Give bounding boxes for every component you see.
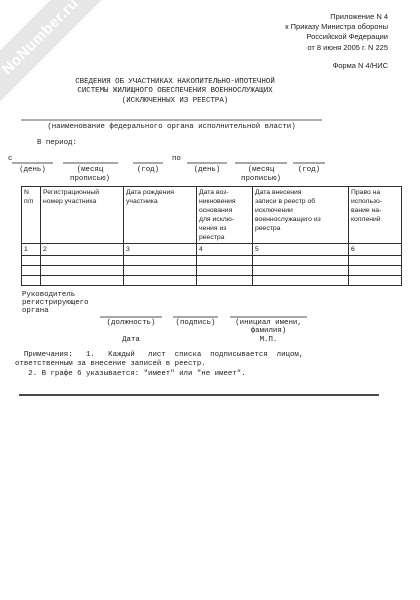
to-month-label: (месяц прописью)	[226, 166, 296, 183]
from-year-label: (год)	[133, 166, 163, 175]
from-day-blank	[12, 162, 53, 164]
numbering-cell: 2	[41, 244, 124, 256]
form-number: Форма N 4/НИС	[333, 61, 388, 70]
numbering-cell: 6	[349, 244, 402, 256]
position-blank	[100, 316, 162, 318]
table-row	[22, 256, 402, 266]
header-cell-reg-number: Регистрационный номер участника	[41, 187, 124, 244]
to-month-blank	[235, 162, 287, 164]
org-name-blank-line	[21, 119, 322, 121]
empty-cell	[22, 276, 41, 286]
empty-cell	[22, 266, 41, 276]
empty-cell	[253, 276, 349, 286]
empty-cell	[41, 266, 124, 276]
to-year-label: (год)	[293, 166, 325, 175]
empty-cell	[253, 256, 349, 266]
period-to-prefix: по	[172, 155, 181, 163]
column-numbering-row: 1 2 3 4 5 6	[22, 244, 402, 256]
empty-cell	[124, 256, 197, 266]
from-month-label: (месяц прописью)	[55, 166, 125, 183]
date-label: Дата	[100, 336, 162, 344]
numbering-cell: 1	[22, 244, 41, 256]
to-day-label: (день)	[187, 166, 227, 175]
signature-blank	[173, 316, 218, 318]
empty-cell	[349, 276, 402, 286]
notes-block: Примечания: 1. Каждый лист списка подпис…	[15, 351, 303, 379]
table-header-row: N п/п Регистрационный номер участника Да…	[22, 187, 402, 244]
document-title: СВЕДЕНИЯ ОБ УЧАСТНИКАХ НАКОПИТЕЛЬНО-ИПОТ…	[25, 78, 325, 106]
header-cell-npp: N п/п	[22, 187, 41, 244]
participants-table: N п/п Регистрационный номер участника Да…	[21, 186, 402, 286]
empty-cell	[253, 266, 349, 276]
to-day-blank	[187, 162, 227, 164]
bottom-divider	[19, 394, 379, 396]
empty-cell	[197, 266, 253, 276]
org-name-caption: (наименование федерального органа исполн…	[21, 123, 322, 131]
empty-cell	[41, 256, 124, 266]
from-month-blank	[63, 162, 118, 164]
document-page: NoNumber.ru Приложение N 4 к Приказу Мин…	[0, 0, 420, 600]
note-line: ответственным за внесение записей в реес…	[15, 360, 303, 369]
note-line: Примечания: 1. Каждый лист списка подпис…	[15, 351, 303, 360]
empty-cell	[124, 266, 197, 276]
to-year-blank	[293, 162, 325, 164]
name-blank	[230, 316, 307, 318]
table-row	[22, 266, 402, 276]
empty-cell	[349, 256, 402, 266]
note-line: 2. В графе 6 указывается: "имеет" или "н…	[15, 370, 303, 379]
appendix-requisites: Приложение N 4 к Приказу Министра оборон…	[285, 12, 388, 53]
numbering-cell: 4	[197, 244, 253, 256]
empty-cell	[197, 256, 253, 266]
period-label: В период:	[37, 139, 77, 147]
from-day-label: (день)	[12, 166, 53, 175]
position-label: (должность)	[100, 319, 162, 327]
header-cell-birth-date: Дата рождения участника	[124, 187, 197, 244]
empty-cell	[197, 276, 253, 286]
signatory-role: Руководитель регистрирующего органа	[22, 292, 89, 315]
empty-cell	[349, 266, 402, 276]
empty-cell	[41, 276, 124, 286]
from-year-blank	[133, 162, 163, 164]
empty-cell	[22, 256, 41, 266]
empty-cell	[124, 276, 197, 286]
stamp-label: М.П.	[210, 336, 327, 344]
header-cell-exclusion-basis-date: Дата воз- никновения основания для исклю…	[197, 187, 253, 244]
numbering-cell: 5	[253, 244, 349, 256]
name-label: (инициал имени, фамилия)	[210, 319, 327, 336]
header-cell-savings-right: Право на использо- вание на- коплений	[349, 187, 402, 244]
table-row	[22, 276, 402, 286]
numbering-cell: 3	[124, 244, 197, 256]
header-cell-record-date: Дата внесения записи в реестр об исключе…	[253, 187, 349, 244]
watermark-text: NoNumber.ru	[0, 0, 82, 78]
